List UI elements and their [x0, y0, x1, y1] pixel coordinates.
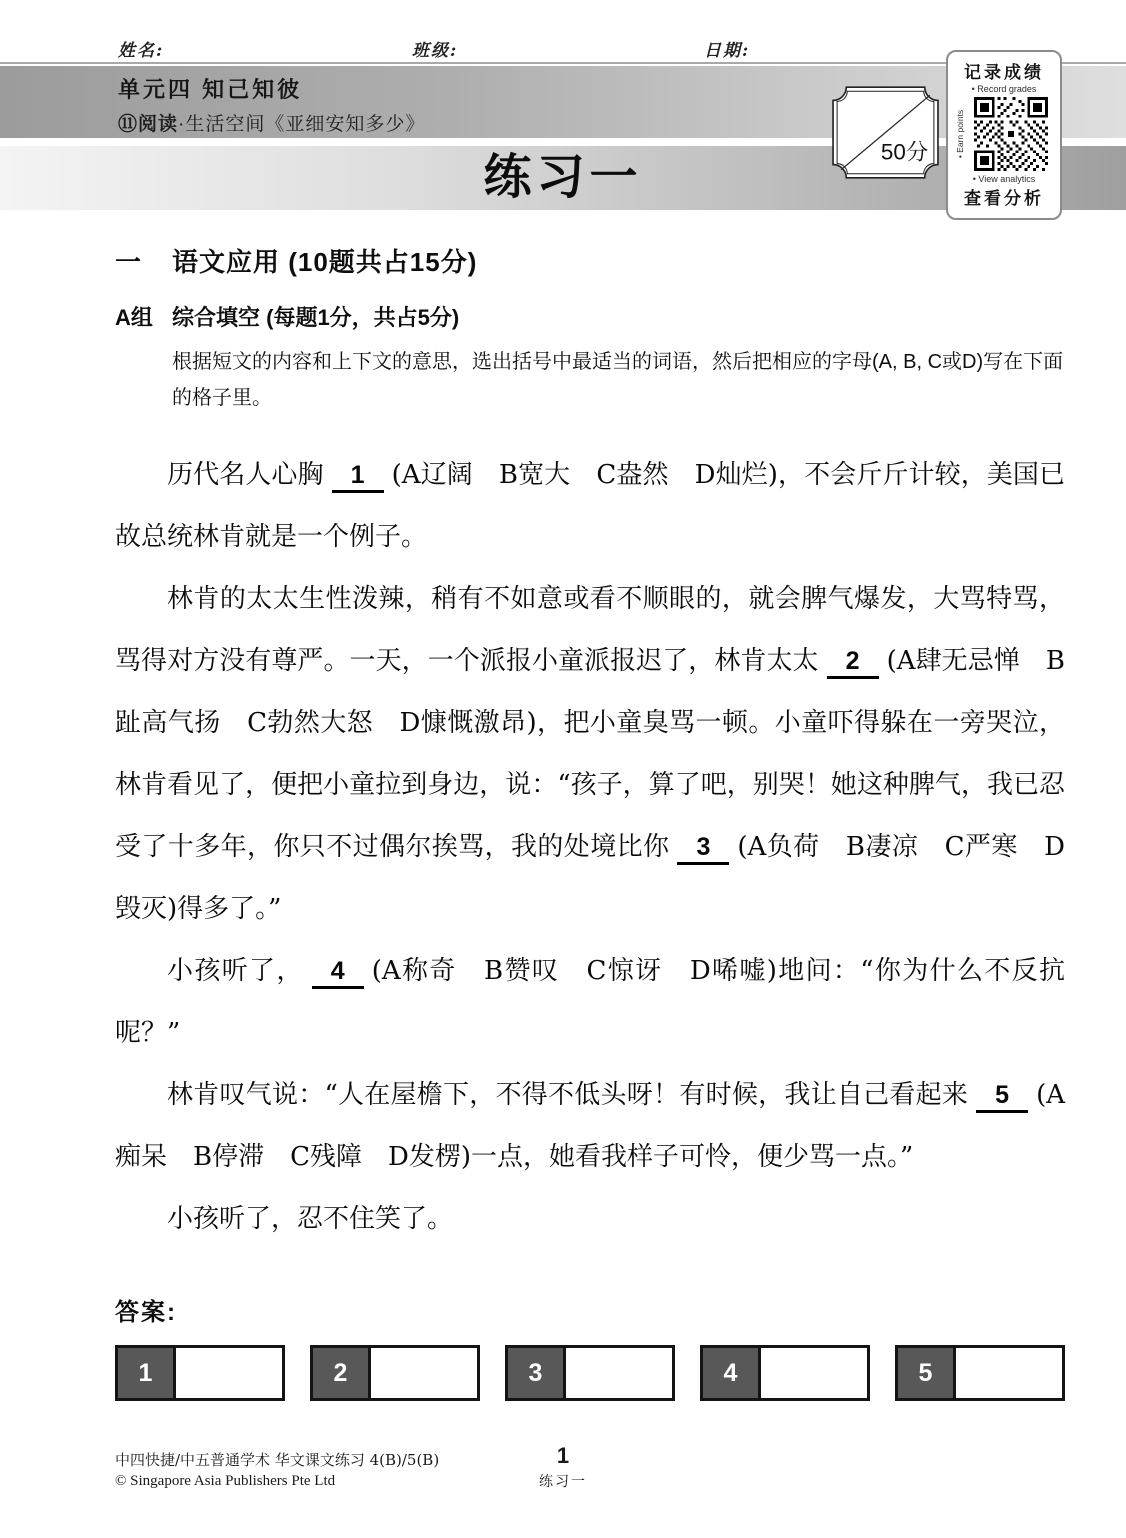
page-exercise-label: 练习一	[0, 1471, 1126, 1491]
passage-paragraph-3: 小孩听了，4(A称奇 B赞叹 C惊讶 D唏嘘)地问：“你为什么不反抗呢？”	[115, 940, 1065, 1064]
passage-text: (A肆无忌惮 B趾高气扬 C勃然大怒 D慷慨激昂)，把小童臭骂一顿。小童吓得躲在…	[115, 646, 1065, 862]
lesson-number-and-type: ⑪阅读	[118, 114, 178, 135]
passage-text: 林肯叹气说：“人在屋檐下，不得不低头呀！有时候，我让自己看起来	[167, 1080, 968, 1110]
blank-1: 1	[332, 462, 384, 493]
answer-input-cell-4[interactable]	[761, 1348, 867, 1398]
answer-box-2: 2	[310, 1345, 480, 1401]
passage-text: 小孩听了，忍不住笑了。	[167, 1204, 453, 1234]
answer-input-cell-3[interactable]	[566, 1348, 672, 1398]
passage-paragraph-5: 小孩听了，忍不住笑了。	[115, 1188, 1065, 1250]
answer-box-number: 1	[118, 1348, 176, 1398]
score-badge: 50分	[831, 85, 940, 180]
answer-grid: 1 2 3 4 5	[115, 1345, 1065, 1401]
qr-panel-title: 记录成绩	[964, 58, 1044, 83]
answer-box-number: 5	[898, 1348, 956, 1398]
answer-box-number: 4	[703, 1348, 761, 1398]
qr-feature-record-grades: • Record grades	[972, 84, 1037, 94]
answers-section: 答案: 1 2 3 4 5	[115, 1292, 1065, 1401]
qr-panel: 记录成绩 • Record grades • Earn points • Vie…	[946, 50, 1062, 220]
page-number: 1	[0, 1444, 1126, 1468]
answer-box-5: 5	[895, 1345, 1065, 1401]
answer-input-cell-1[interactable]	[176, 1348, 282, 1398]
blank-4: 4	[312, 958, 364, 989]
date-label: 日期:	[704, 36, 750, 61]
answer-box-3: 3	[505, 1345, 675, 1401]
name-label: 姓名:	[118, 36, 164, 61]
worksheet-body: 一 语文应用 (10题共占15分) A组 综合填空 (每题1分，共占5分) 根据…	[115, 242, 1065, 1401]
section-title: 语文应用 (10题共占15分)	[172, 242, 477, 279]
qr-code-icon	[974, 97, 1048, 171]
passage-paragraph-4: 林肯叹气说：“人在屋檐下，不得不低头呀！有时候，我让自己看起来5(A痴呆 B停滞…	[115, 1064, 1065, 1188]
qr-feature-view-analytics: • View analytics	[973, 174, 1036, 184]
group-title: 综合填空 (每题1分，共占5分)	[172, 301, 459, 332]
blank-2: 2	[827, 648, 879, 679]
passage-paragraph-1: 历代名人心胸1(A辽阔 B宽大 C盎然 D灿烂)，不会斤斤计较，美国已故总统林肯…	[115, 444, 1065, 568]
passage: 历代名人心胸1(A辽阔 B宽大 C盎然 D灿烂)，不会斤斤计较，美国已故总统林肯…	[115, 444, 1065, 1250]
section-heading: 一 语文应用 (10题共占15分)	[115, 242, 1065, 279]
answer-box-4: 4	[700, 1345, 870, 1401]
group-label: A组	[115, 301, 172, 332]
qr-feature-earn-points: • Earn points	[955, 96, 965, 172]
blank-3: 3	[677, 834, 729, 865]
answer-input-cell-2[interactable]	[371, 1348, 477, 1398]
class-label: 班级:	[412, 36, 458, 61]
worksheet-page: 姓名: 班级: 日期: 单元四 知己知彼 ⑪阅读·生活空间《亚细安知多少》 练习…	[0, 0, 1126, 1538]
passage-text: 历代名人心胸	[167, 460, 324, 490]
blank-5: 5	[976, 1082, 1028, 1113]
answer-input-cell-5[interactable]	[956, 1348, 1062, 1398]
section-number: 一	[115, 242, 172, 279]
answer-box-number: 3	[508, 1348, 566, 1398]
lesson-book-title: 《亚细安知多少》	[265, 113, 425, 135]
footer-pagination: 1 练习一	[0, 1444, 1126, 1491]
score-badge-value: 50分	[881, 139, 928, 164]
passage-text: 小孩听了，	[167, 956, 304, 986]
answer-box-1: 1	[115, 1345, 285, 1401]
lesson-strand: ·生活空间	[178, 114, 265, 135]
passage-paragraph-2: 林肯的太太生性泼辣，稍有不如意或看不顺眼的，就会脾气爆发，大骂特骂，骂得对方没有…	[115, 568, 1065, 940]
qr-middle: • Earn points	[950, 95, 1058, 173]
qr-panel-footer: 查看分析	[964, 184, 1044, 209]
answer-box-number: 2	[313, 1348, 371, 1398]
answers-label: 答案:	[115, 1292, 1065, 1327]
instructions-text: 根据短文的内容和上下文的意思，选出括号中最适当的词语，然后把相应的字母(A, B…	[172, 344, 1065, 416]
group-heading: A组 综合填空 (每题1分，共占5分)	[115, 301, 1065, 332]
